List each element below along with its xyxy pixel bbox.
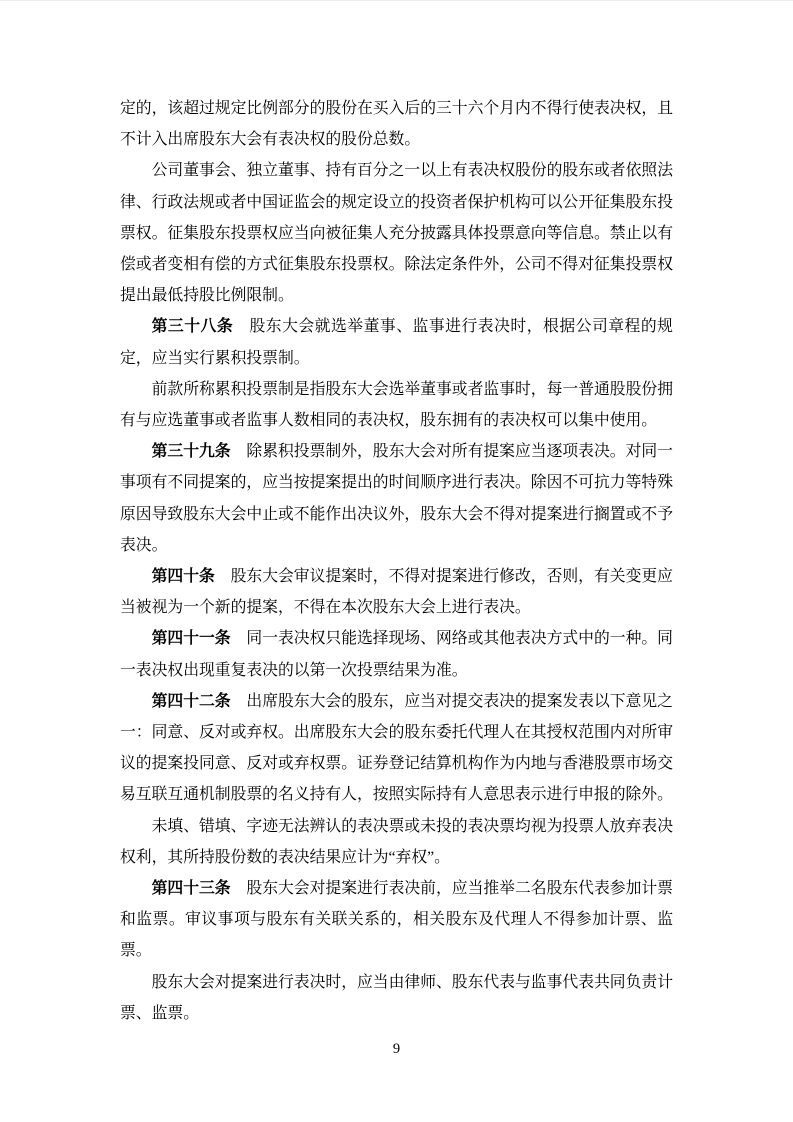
paragraph: 第三十九条 除累积投票制外，股东大会对所有提案应当逐项表决。对同一事项有不同提案… (120, 436, 673, 561)
paragraph: 第四十一条 同一表决权只能选择现场、网络或其他表决方式中的一种。同一表决权出现重… (120, 623, 673, 685)
paragraph: 第四十三条 股东大会对提案进行表决前，应当推举二名股东代表参加计票和监票。审议事… (120, 873, 673, 967)
article-number: 第三十九条 (152, 443, 231, 460)
paragraph: 未填、错填、字迹无法辨认的表决票或未投的表决票均视为投票人放弃表决权利，其所持股… (120, 811, 673, 873)
paragraph: 定的，该超过规定比例部分的股份在买入后的三十六个月内不得行使表决权，且不计入出席… (120, 93, 673, 155)
paragraph-text: 未填、错填、字迹无法辨认的表决票或未投的表决票均视为投票人放弃表决权利，其所持股… (120, 818, 673, 866)
article-number: 第三十八条 (152, 318, 234, 335)
article-number: 第四十二条 (152, 693, 231, 710)
paragraph-text: 股东大会对提案进行表决时，应当由律师、股东代表与监事代表共同负责计票、监票。 (120, 974, 673, 1022)
article-number: 第四十三条 (152, 880, 231, 897)
paragraph: 第四十条 股东大会审议提案时，不得对提案进行修改，否则，有关变更应当被视为一个新… (120, 561, 673, 623)
paragraph: 第四十二条 出席股东大会的股东，应当对提交表决的提案发表以下意见之一：同意、反对… (120, 686, 673, 811)
paragraph: 股东大会对提案进行表决时，应当由律师、股东代表与监事代表共同负责计票、监票。 (120, 967, 673, 1029)
article-number: 第四十条 (152, 568, 215, 585)
paragraph-text: 公司董事会、独立董事、持有百分之一以上有表决权股份的股东或者依照法律、行政法规或… (120, 162, 673, 304)
article-number: 第四十一条 (152, 630, 231, 647)
document-page: 定的，该超过规定比例部分的股份在买入后的三十六个月内不得行使表决权，且不计入出席… (0, 0, 793, 1122)
paragraph-text: 定的，该超过规定比例部分的股份在买入后的三十六个月内不得行使表决权，且不计入出席… (120, 100, 673, 148)
paragraph: 公司董事会、独立董事、持有百分之一以上有表决权股份的股东或者依照法律、行政法规或… (120, 155, 673, 311)
paragraph: 前款所称累积投票制是指股东大会选举董事或者监事时，每一普通股股份拥有与应选董事或… (120, 374, 673, 436)
paragraph-text: 前款所称累积投票制是指股东大会选举董事或者监事时，每一普通股股份拥有与应选董事或… (120, 381, 673, 429)
paragraph: 第三十八条 股东大会就选举董事、监事进行表决时，根据公司章程的规定，应当实行累积… (120, 311, 673, 373)
document-body: 定的，该超过规定比例部分的股份在买入后的三十六个月内不得行使表决权，且不计入出席… (120, 93, 673, 1029)
page-number: 9 (0, 1039, 793, 1059)
